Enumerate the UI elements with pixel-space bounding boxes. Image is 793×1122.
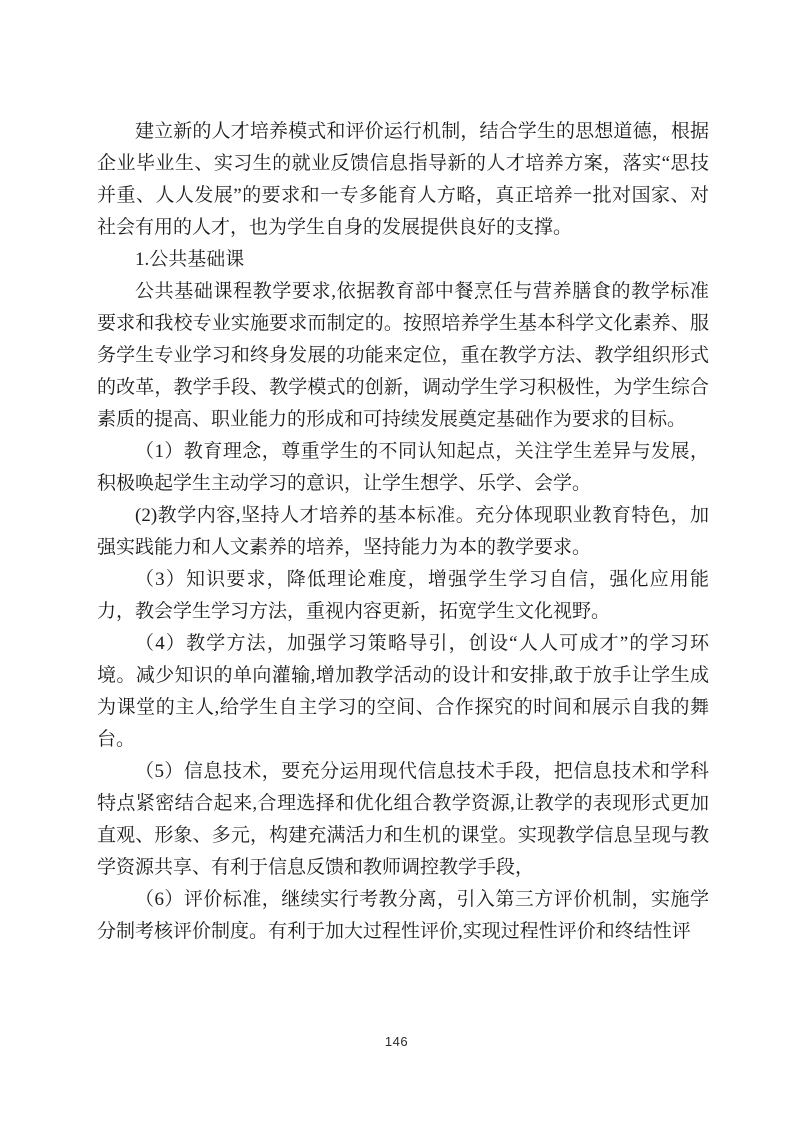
paragraph-item-2-teaching-content: (2)教学内容,坚持人才培养的基本标准。充分体现职业教育特色，加强实践能力和人文… <box>97 500 709 564</box>
paragraph-item-1-education-concept: （1）教育理念，尊重学生的不同认知起点，关注学生差异与发展，积极唤起学生主动学习… <box>97 436 709 500</box>
document-page: 建立新的人才培养模式和评价运行机制，结合学生的思想道德，根据企业毕业生、实习生的… <box>0 0 793 1122</box>
paragraph-item-5-information-technology: （5）信息技术，要充分运用现代信息技术手段，把信息技术和学科特点紧密结合起来,合… <box>97 756 709 884</box>
heading-public-basic-course: 1.公共基础课 <box>97 244 709 276</box>
page-number: 146 <box>0 1034 793 1049</box>
paragraph-item-4-teaching-methods: （4）教学方法，加强学习策略导引，创设“人人可成才”的学习环境。减少知识的单向灌… <box>97 628 709 756</box>
paragraph-item-6-evaluation-standards: （6）评价标准，继续实行考教分离，引入第三方评价机制，实施学分制考核评价制度。有… <box>97 884 709 948</box>
document-body: 建立新的人才培养模式和评价运行机制，结合学生的思想道德，根据企业毕业生、实习生的… <box>97 116 709 948</box>
paragraph-item-3-knowledge-requirements: （3）知识要求，降低理论难度，增强学生学习自信，强化应用能力，教会学生学习方法，… <box>97 564 709 628</box>
paragraph-course-overview: 公共基础课程教学要求,依据教育部中餐烹任与营养膳食的教学标准要求和我校专业实施要… <box>97 276 709 436</box>
paragraph-talent-model: 建立新的人才培养模式和评价运行机制，结合学生的思想道德，根据企业毕业生、实习生的… <box>97 116 709 244</box>
